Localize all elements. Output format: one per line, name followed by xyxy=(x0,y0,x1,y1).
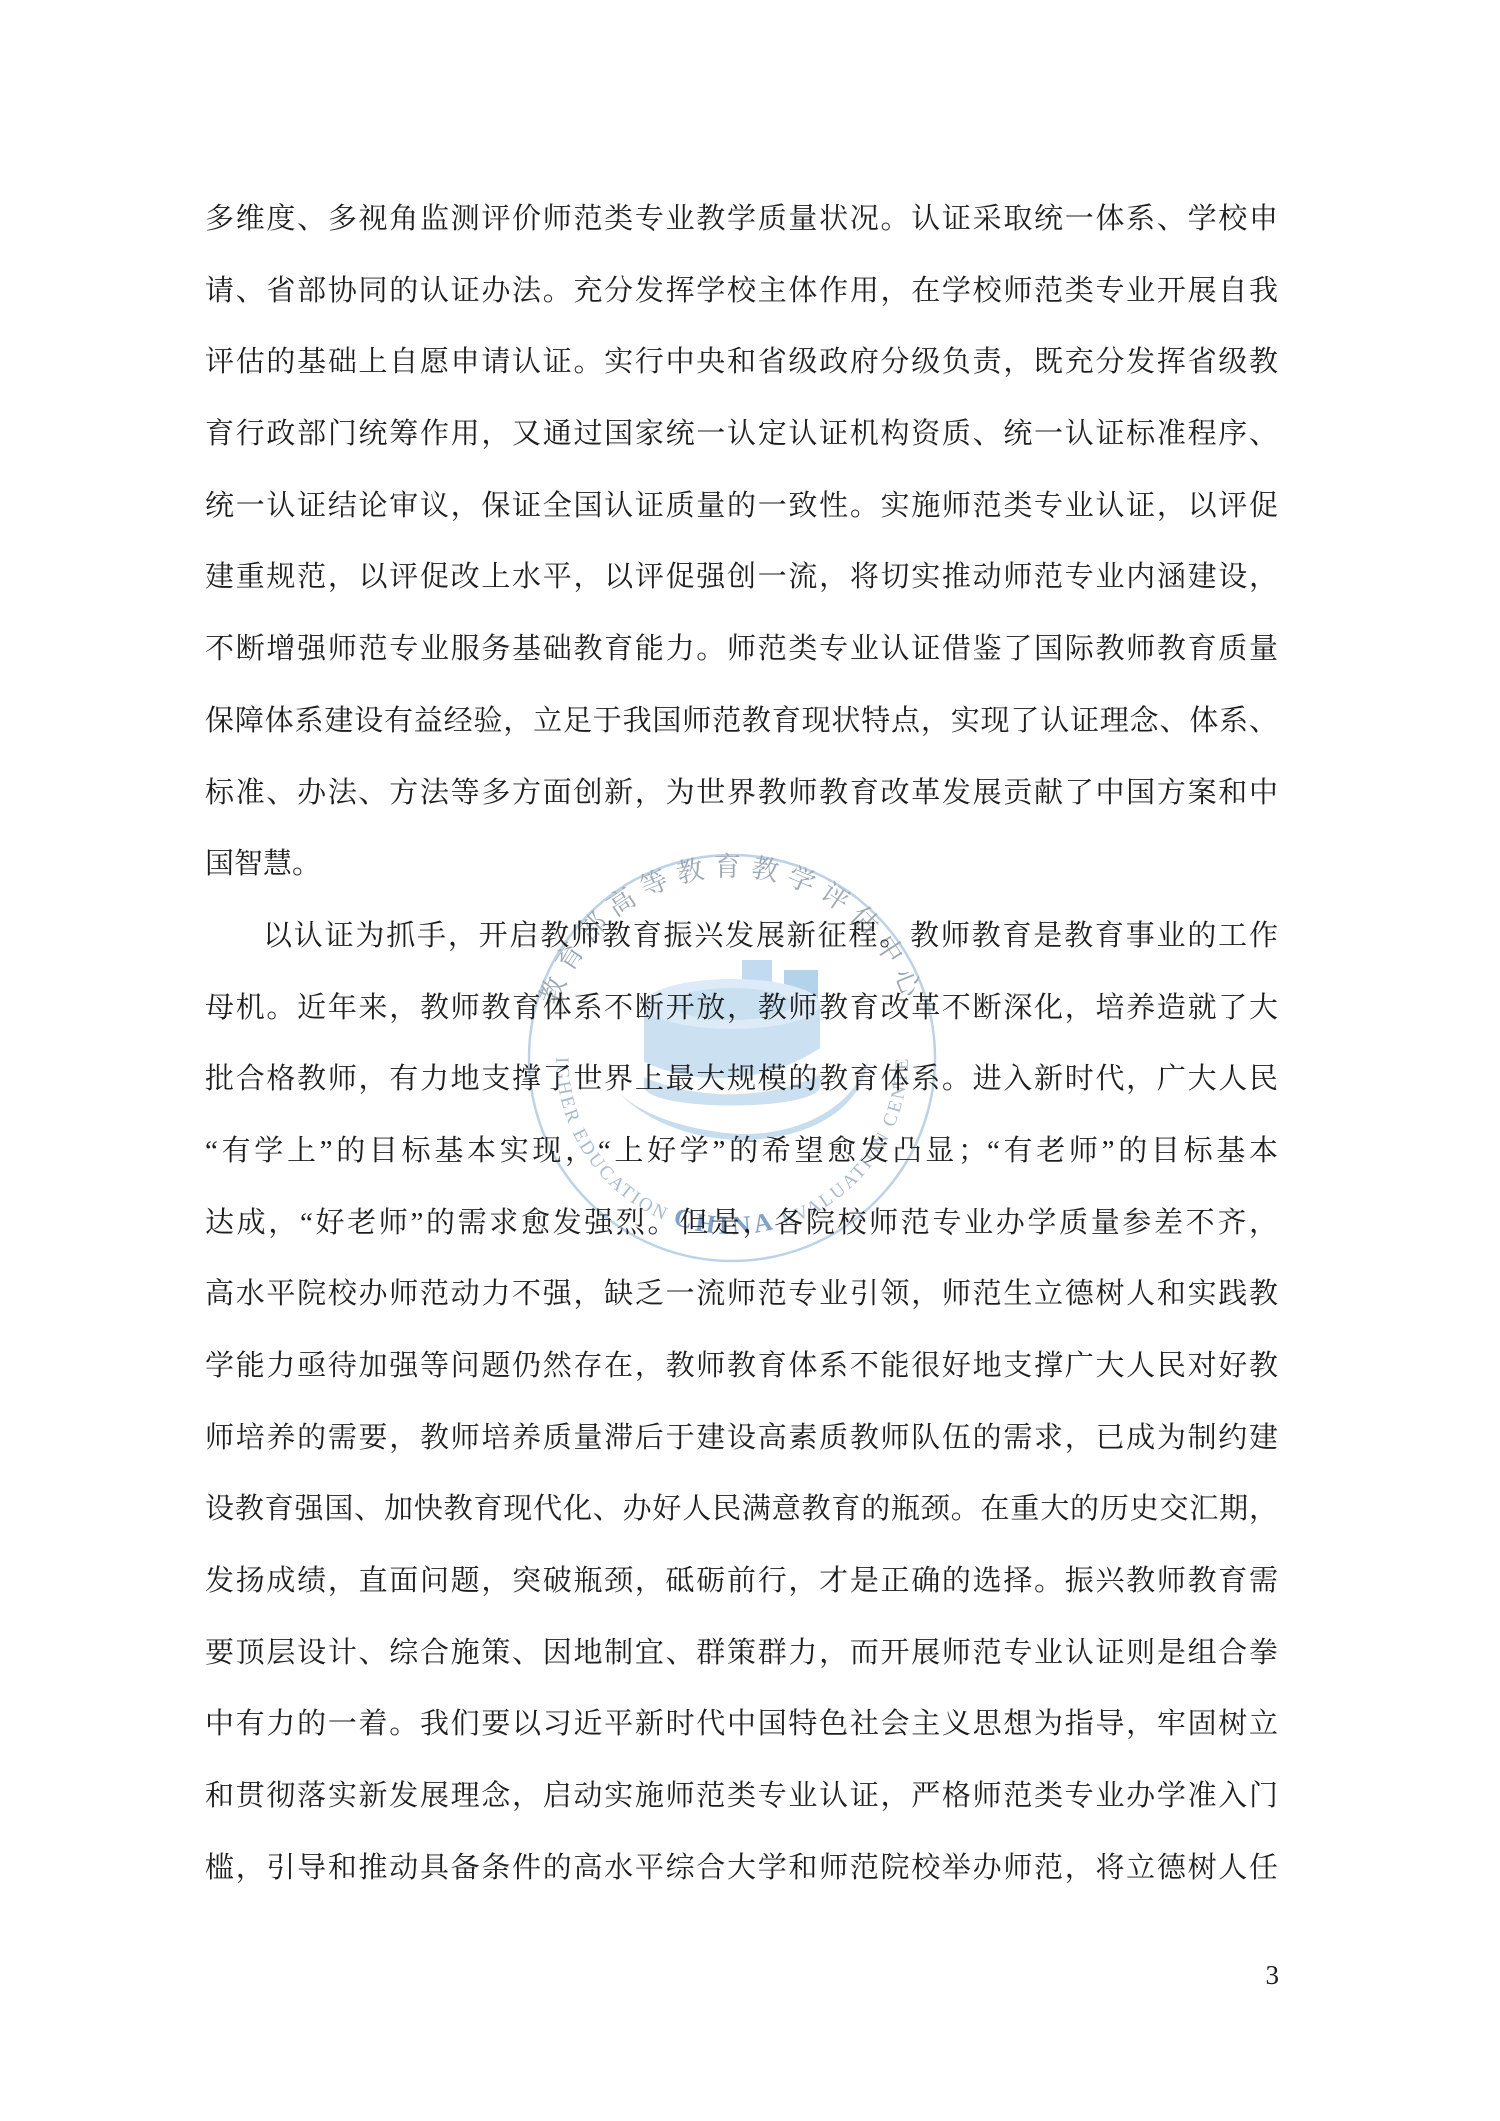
text-line: 中有力的一着。我们要以习近平新时代中国特色社会主义思想为指导，牢固树立 xyxy=(205,1689,1278,1761)
text-line: 母机。近年来，教师教育体系不断开放，教师教育改革不断深化，培养造就了大 xyxy=(205,973,1278,1045)
text-line: 评估的基础上自愿申请认证。实行中央和省级政府分级负责，既充分发挥省级教 xyxy=(205,327,1278,399)
text-line: 高水平院校办师范动力不强，缺乏一流师范专业引领，师范生立德树人和实践教 xyxy=(205,1259,1278,1331)
text-line: 和贯彻落实新发展理念，启动实施师范类专业认证，严格师范类专业办学准入门 xyxy=(205,1761,1278,1833)
text-line: 批合格教师，有力地支撑了世界上最大规模的教育体系。进入新时代，广大人民 xyxy=(205,1044,1278,1116)
text-line: 要顶层设计、综合施策、因地制宜、群策群力，而开展师范专业认证则是组合拳 xyxy=(205,1618,1278,1690)
text-line: 育行政部门统筹作用，又通过国家统一认定认证机构资质、统一认证标准程序、 xyxy=(205,399,1278,471)
text-line: 发扬成绩，直面问题，突破瓶颈，砥砺前行，才是正确的选择。振兴教师教育需 xyxy=(205,1546,1278,1618)
text-line: 标准、办法、方法等多方面创新，为世界教师教育改革发展贡献了中国方案和中 xyxy=(205,758,1278,830)
text-line: 师培养的需要，教师培养质量滞后于建设高素质教师队伍的需求，已成为制约建 xyxy=(205,1403,1278,1475)
text-line: 国智慧。 xyxy=(205,829,1278,901)
text-line: 设教育强国、加快教育现代化、办好人民满意教育的瓶颈。在重大的历史交汇期， xyxy=(205,1474,1278,1546)
text-line: 槛，引导和推动具备条件的高水平综合大学和师范院校举办师范，将立德树人任 xyxy=(205,1833,1278,1905)
text-line: 保障体系建设有益经验，立足于我国师范教育现状特点，实现了认证理念、体系、 xyxy=(205,686,1278,758)
page-number: 3 xyxy=(1266,1960,1280,1991)
text-line: 多维度、多视角监测评价师范类专业教学质量状况。认证采取统一体系、学校申 xyxy=(205,184,1278,256)
text-line: 统一认证结论审议，保证全国认证质量的一致性。实施师范类专业认证，以评促 xyxy=(205,471,1278,543)
text-block: 多维度、多视角监测评价师范类专业教学质量状况。认证采取统一体系、学校申请、省部协… xyxy=(205,184,1278,1905)
text-line: “有学上”的目标基本实现，“上好学”的希望愈发凸显；“有老师”的目标基本 xyxy=(205,1116,1278,1188)
text-line: 建重规范，以评促改上水平，以评促强创一流，将切实推动师范专业内涵建设， xyxy=(205,542,1278,614)
text-line: 不断增强师范专业服务基础教育能力。师范类专业认证借鉴了国际教师教育质量 xyxy=(205,614,1278,686)
text-line: 以认证为抓手，开启教师教育振兴发展新征程。教师教育是教育事业的工作 xyxy=(205,901,1278,973)
text-line: 达成，“好老师”的需求愈发强烈。但是，各院校师范专业办学质量参差不齐， xyxy=(205,1188,1278,1260)
text-line: 请、省部协同的认证办法。充分发挥学校主体作用，在学校师范类专业开展自我 xyxy=(205,256,1278,328)
document-page: 教育部高等教育教学评估中心 HIGHER EDUCATION CHINA EVA… xyxy=(0,0,1500,2121)
text-line: 学能力亟待加强等问题仍然存在，教师教育体系不能很好地支撑广大人民对好教 xyxy=(205,1331,1278,1403)
